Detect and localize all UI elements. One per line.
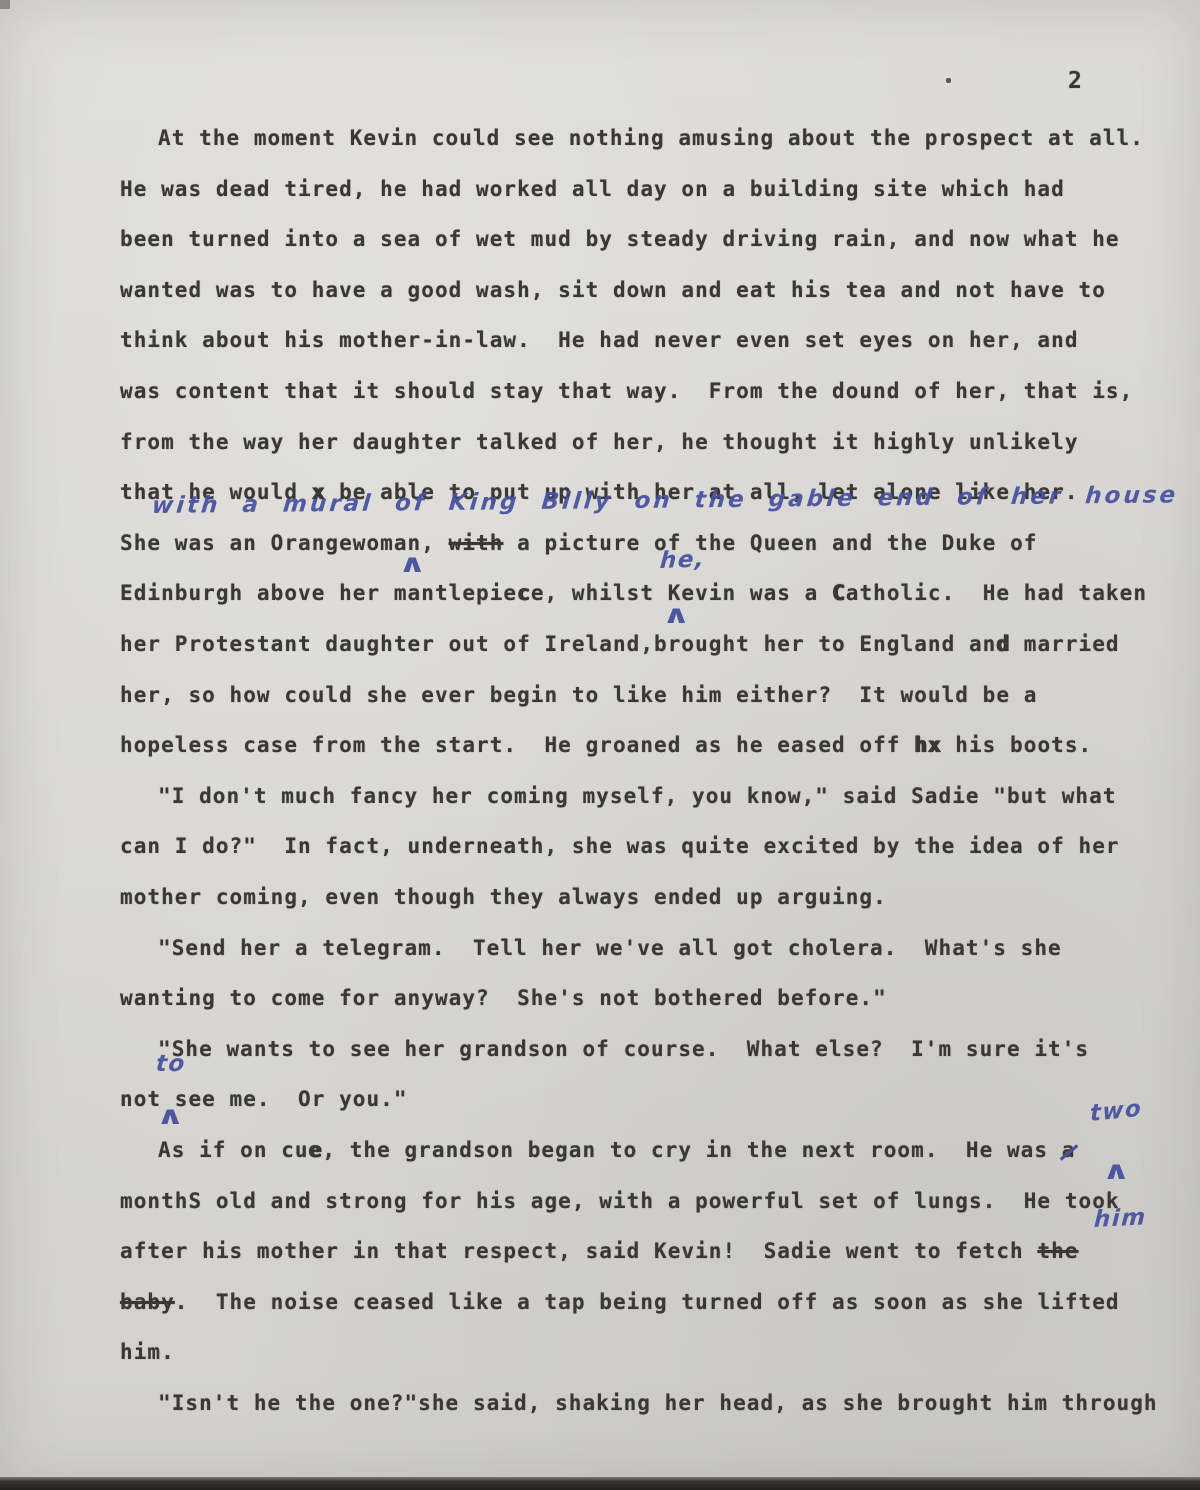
typed-line: after his mother in that respect, said K…	[120, 1241, 1079, 1262]
typed-line: can I do?" In fact, underneath, she was …	[120, 836, 1120, 857]
scan-corner-mark	[0, 0, 10, 9]
manuscript-page: 2 At the moment Kevin could see nothing …	[0, 0, 1200, 1490]
insertion-caret-icon: ∧	[156, 1103, 184, 1128]
typed-segment: been turned into a sea of wet mud by ste…	[120, 227, 1120, 251]
typed-line: her Protestant daughter out of Ireland,b…	[120, 634, 1120, 655]
typed-segment-over: c	[517, 581, 531, 605]
typed-segment: "I don't much fancy her coming myself, y…	[158, 784, 1117, 808]
typed-line: from the way her daughter talked of her,…	[120, 432, 1079, 453]
typed-segment: a picture of the Queen and the Duke of	[503, 531, 1037, 555]
typed-line: At the moment Kevin could see nothing am…	[158, 128, 1144, 149]
typed-segment: "She wants to see her grandson of course…	[158, 1037, 1089, 1061]
page-number: 2	[1068, 68, 1082, 94]
typed-segment-strike: the	[1037, 1239, 1078, 1263]
typed-segment: from the way her daughter talked of her,…	[120, 430, 1079, 454]
typed-line: hopeless case from the start. He groaned…	[120, 735, 1092, 756]
insertion-caret-icon: ∧	[398, 551, 426, 576]
typed-segment: can I do?" In fact, underneath, she was …	[120, 834, 1120, 858]
typed-line: monthS old and strong for his age, with …	[120, 1191, 1120, 1212]
typed-segment: him.	[120, 1340, 175, 1364]
typed-line: Edinburgh above her mantlepiece, whilst …	[120, 583, 1147, 604]
typed-segment: monthS old and strong for his age, with …	[120, 1189, 1120, 1213]
typed-segment-over: C	[832, 581, 846, 605]
typed-segment-over: hx	[914, 733, 941, 757]
typed-segment: her, so how could she ever begin to like…	[120, 683, 1037, 707]
typed-segment: "Send her a telegram. Tell her we've all…	[158, 936, 1062, 960]
typed-line: She was an Orangewoman, with a picture o…	[120, 533, 1037, 554]
insertion-caret-icon: ∧	[662, 602, 690, 627]
typed-line: been turned into a sea of wet mud by ste…	[120, 229, 1120, 250]
typed-segment: He was dead tired, he had worked all day…	[120, 177, 1065, 201]
typed-line: wanted was to have a good wash, sit down…	[120, 280, 1106, 301]
handwritten-insertion: two	[1090, 1096, 1142, 1126]
insertion-caret-icon: ∧	[1102, 1158, 1130, 1183]
typed-line: baby. The noise ceased like a tap being …	[120, 1292, 1120, 1313]
typed-segment: , the grandson began to cry in the next …	[322, 1138, 1061, 1162]
typed-line: him.	[120, 1342, 175, 1363]
typed-line: think about his mother-in-law. He had ne…	[120, 330, 1079, 351]
typed-segment: after his mother in that respect, said K…	[120, 1239, 1037, 1263]
typed-line: As if on cue, the grandson began to cry …	[158, 1140, 1075, 1161]
typed-segment: wanting to come for anyway? She's not bo…	[120, 986, 887, 1010]
typed-segment: mother coming, even though they always e…	[120, 885, 887, 909]
typed-segment: "Isn't he the one?"she said, shaking her…	[158, 1391, 1158, 1415]
typed-segment: her Protestant daughter out of Ireland,b…	[120, 632, 996, 656]
typed-line: "Send her a telegram. Tell her we've all…	[158, 938, 1062, 959]
typed-line: "I don't much fancy her coming myself, y…	[158, 786, 1117, 807]
typed-line: mother coming, even though they always e…	[120, 887, 887, 908]
typed-segment: atholic. He had taken	[846, 581, 1147, 605]
handwritten-insertion: he,	[659, 547, 706, 573]
typed-segment: think about his mother-in-law. He had ne…	[120, 328, 1079, 352]
stray-ink-dot	[946, 78, 951, 83]
typed-segment: As if on cu	[158, 1138, 309, 1162]
typed-segment: wanted was to have a good wash, sit down…	[120, 278, 1106, 302]
typed-segment: was content that it should stay that way…	[120, 379, 1133, 403]
handwritten-insertion: him	[1093, 1205, 1147, 1232]
typed-segment: his boots.	[942, 733, 1093, 757]
typed-segment: . The noise ceased like a tap being turn…	[175, 1290, 1120, 1314]
typed-segment-strike: baby	[120, 1290, 175, 1314]
scan-edge-bottom	[0, 1477, 1200, 1490]
handwritten-insertion: to	[155, 1052, 187, 1076]
typed-segment: hopeless case from the start. He groaned…	[120, 733, 914, 757]
typed-segment-over: d	[996, 632, 1010, 656]
typed-line: her, so how could she ever begin to like…	[120, 685, 1037, 706]
typed-line: wanting to come for anyway? She's not bo…	[120, 988, 887, 1009]
typed-segment-over: e	[309, 1138, 323, 1162]
typed-segment: married	[1010, 632, 1120, 656]
typed-segment-slash: a	[1062, 1140, 1076, 1161]
typed-line: "Isn't he the one?"she said, shaking her…	[158, 1393, 1158, 1414]
typed-line: He was dead tired, he had worked all day…	[120, 179, 1065, 200]
typed-segment-strike: with	[449, 531, 504, 555]
typed-line: was content that it should stay that way…	[120, 381, 1133, 402]
typed-line: "She wants to see her grandson of course…	[158, 1039, 1089, 1060]
typed-segment: At the moment Kevin could see nothing am…	[158, 126, 1144, 150]
typed-segment: Edinburgh above her mantlepie	[120, 581, 517, 605]
